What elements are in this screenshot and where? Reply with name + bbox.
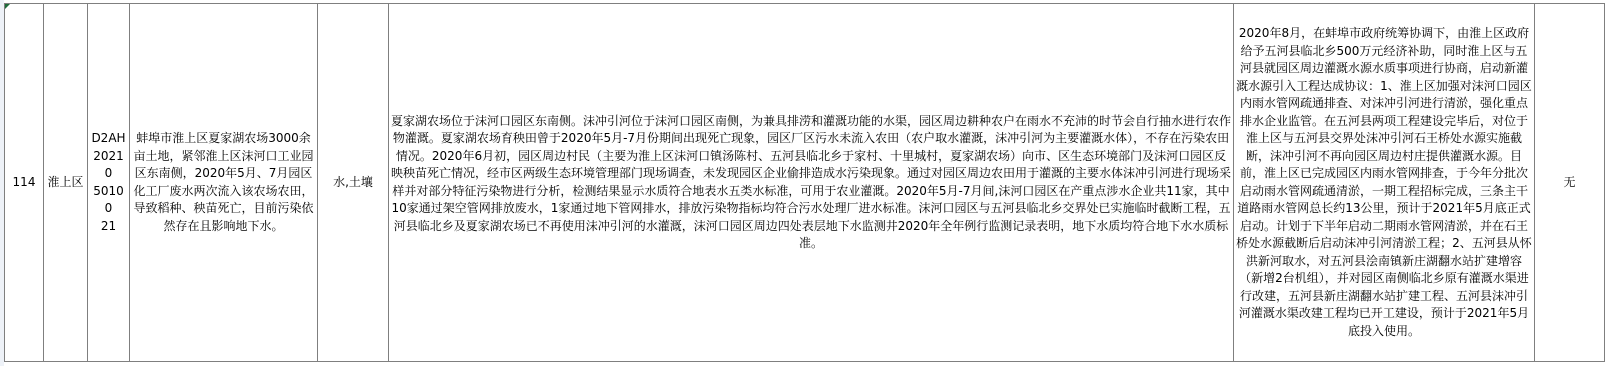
code-line: 20210 (90, 148, 127, 183)
cell-district[interactable]: 淮上区 (44, 4, 88, 362)
cell-comment-marker-icon (5, 4, 10, 9)
code-line: 50100 (90, 183, 127, 218)
cell-measures[interactable]: 2020年8月，在蚌埠市政府统筹协调下，由淮上区政府给予五河县临北乡500万元经… (1234, 4, 1535, 362)
cell-number[interactable]: 114 (5, 4, 44, 362)
investigation-text: 夏家湖农场位于沫河口园区东南侧。沫冲引河位于沫河口园区南侧，为兼具排涝和灌溉功能… (391, 114, 1231, 251)
cell-investigation[interactable]: 夏家湖农场位于沫河口园区东南侧。沫冲引河位于沫河口园区南侧，为兼具排涝和灌溉功能… (389, 4, 1234, 362)
cell-code[interactable]: D2AH 20210 50100 21 (88, 4, 130, 362)
accountability-text: 无 (1563, 175, 1575, 189)
spreadsheet-grid: 114 淮上区 D2AH 20210 50100 21 蚌埠市淮上区夏家湖农场3… (4, 3, 1605, 362)
code-line: 21 (90, 218, 127, 236)
complaint-text: 蚌埠市淮上区夏家湖农场3000余亩土地，紧邻淮上区沫河口工业园区东南侧，2020… (133, 131, 313, 233)
cell-accountability[interactable]: 无 (1535, 4, 1605, 362)
measures-text: 2020年8月，在蚌埠市政府统筹协调下，由淮上区政府给予五河县临北乡500万元经… (1236, 26, 1532, 338)
cell-complaint[interactable]: 蚌埠市淮上区夏家湖农场3000余亩土地，紧邻淮上区沫河口工业园区东南侧，2020… (130, 4, 318, 362)
table-row: 114 淮上区 D2AH 20210 50100 21 蚌埠市淮上区夏家湖农场3… (5, 4, 1605, 362)
row-number: 114 (13, 175, 36, 189)
code-line: D2AH (90, 130, 127, 148)
pollution-type-text: 水,土壤 (333, 175, 373, 189)
cell-pollution-type[interactable]: 水,土壤 (318, 4, 389, 362)
district-text: 淮上区 (47, 175, 83, 189)
